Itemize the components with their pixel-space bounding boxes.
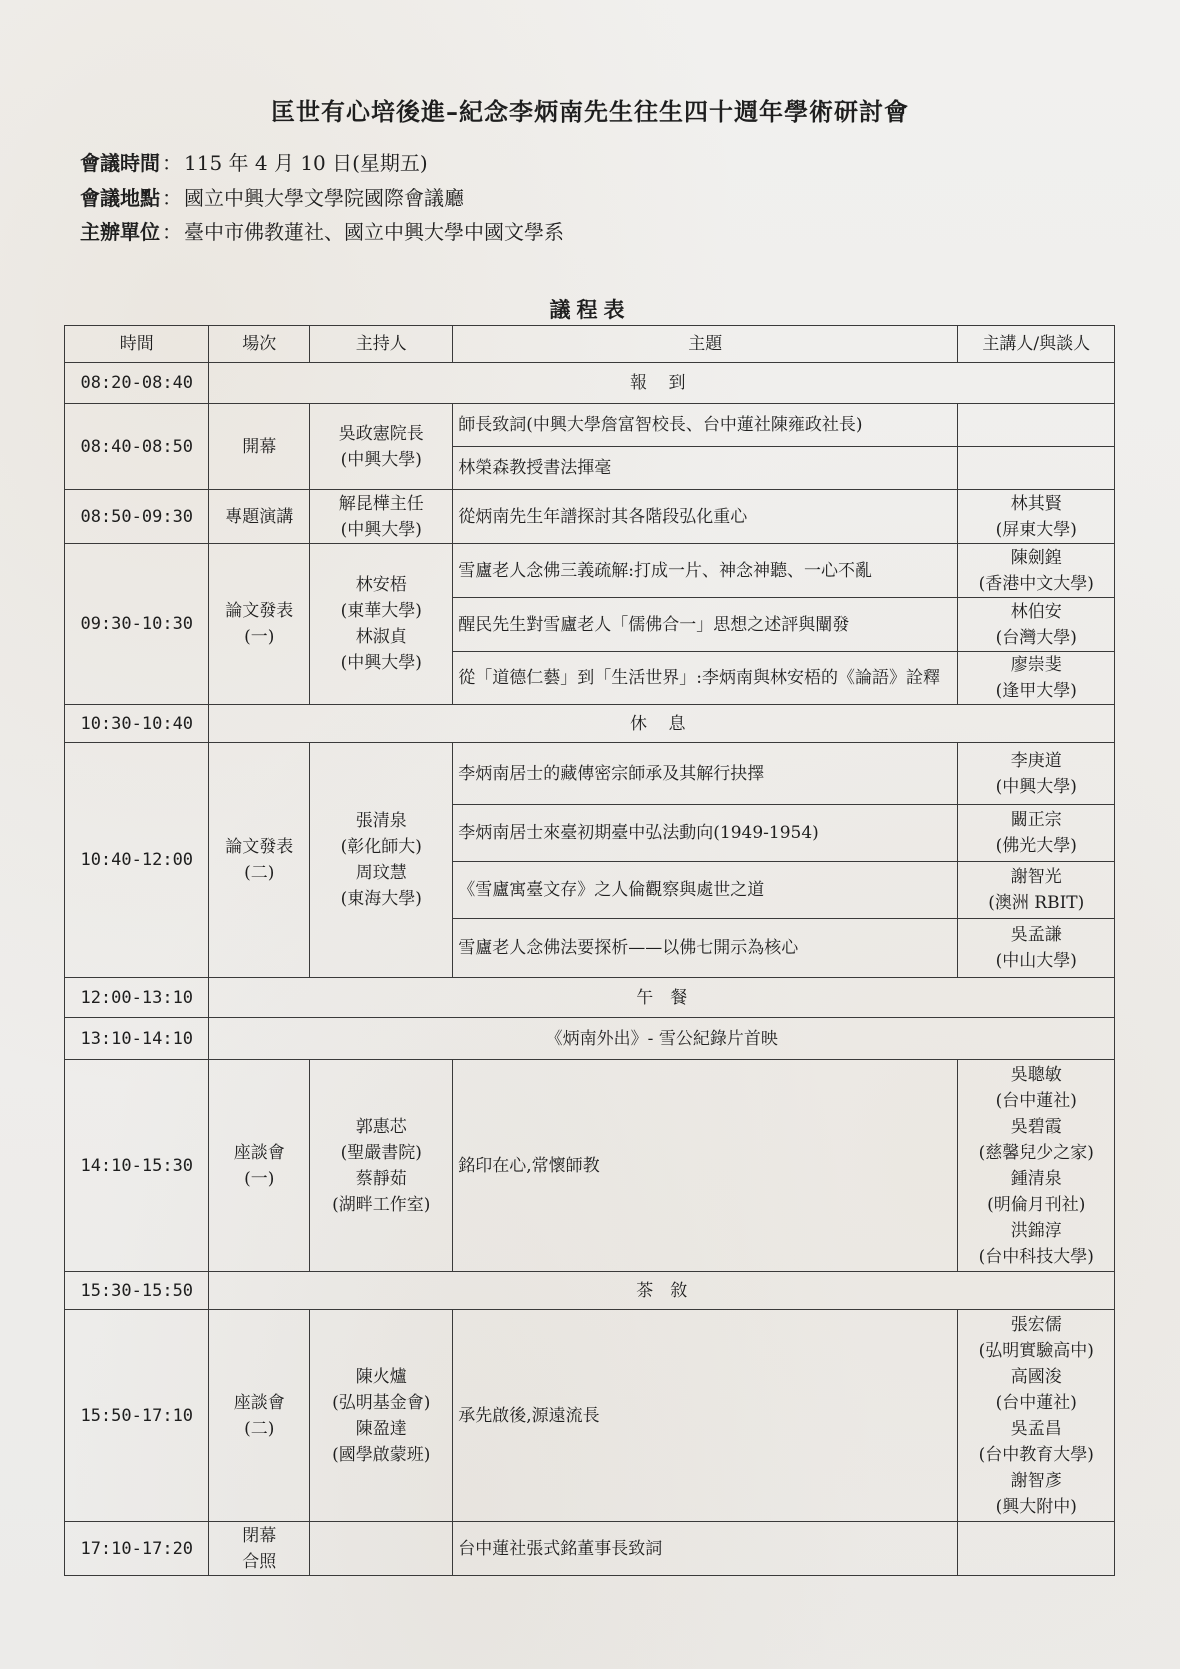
speaker-name: 李庚道 [1011,748,1062,774]
host-affiliation: (中興大學) [341,650,422,676]
session-number: (二) [244,860,274,886]
time-cell: 08:20-08:40 [64,362,209,404]
host-name: 陳火爐 [356,1364,407,1390]
speaker-name: 林伯安 [1011,599,1062,625]
topic-cell: 林榮森教授書法揮毫 [452,446,958,490]
speaker-name: 鍾清泉 [1011,1166,1062,1192]
speaker-name: 陳劍鍠 [1011,545,1062,571]
speaker-affiliation: (台中科技大學) [979,1244,1094,1270]
host-cell: 吳政憲院長(中興大學) [309,403,453,490]
speaker-affiliation: (興大附中) [996,1494,1077,1520]
speaker-cell: 吳聰敏 (台中蓮社) 吳碧霞 (慈馨兒少之家) 鍾清泉 (明倫月刊社) 洪錦淳 … [957,1059,1115,1272]
session-label: 座談會 [234,1390,285,1416]
topic-cell: 從炳南先生年譜探討其各階段弘化重心 [452,489,958,544]
lunch-cell: 午 餐 [208,977,1115,1018]
host-affiliation: (湖畔工作室) [332,1192,430,1218]
info-meeting-time: 會議時間：115 年 4 月 10 日(星期五) [80,148,428,178]
session-label: 座談會 [234,1140,285,1166]
header-label: 時間 [120,331,154,357]
speaker-name: 吳碧霞 [1011,1114,1062,1140]
header-label: 主題 [688,331,722,357]
speaker-name: 高國浚 [1011,1364,1062,1390]
host-affiliation: (聖嚴書院) [341,1140,422,1166]
topic-cell: 李炳南居士來臺初期臺中弘法動向(1949-1954) [452,804,958,862]
tea-break-cell: 茶 敘 [208,1271,1115,1310]
speaker-affiliation: (佛光大學) [996,833,1077,859]
speaker-cell: 陳劍鍠(香港中文大學) [957,543,1115,598]
info-separator: ： [162,151,182,175]
document-title: 匡世有心培後進–紀念李炳南先生往生四十週年學術研討會 [0,92,1180,127]
speaker-name: 洪錦淳 [1011,1218,1062,1244]
speaker-cell [957,1521,1115,1576]
host-affiliation: (中興大學) [341,447,422,473]
topic-cell: 師長致詞(中興大學詹富智校長、台中蓮社陳雍政社長) [452,403,958,447]
session-label: 閉幕 [242,1523,276,1549]
host-name: 蔡靜茹 [356,1166,407,1192]
session-cell: 專題演講 [208,489,310,544]
session-cell: 閉幕合照 [208,1521,310,1576]
time-cell: 12:00-13:10 [64,977,209,1018]
speaker-affiliation: (屏東大學) [996,517,1077,543]
speaker-cell: 謝智光(澳洲 RBIT) [957,861,1115,919]
speaker-affiliation: (中興大學) [996,774,1077,800]
info-label: 會議地點 [80,186,160,210]
info-label: 主辦單位 [80,220,160,244]
topic-cell: 李炳南居士的藏傳密宗師承及其解行抉擇 [452,742,958,805]
speaker-cell [957,403,1115,447]
host-name: 林安梧 [356,572,407,598]
time-cell: 17:10-17:20 [64,1521,209,1576]
speaker-cell: 廖崇斐(逢甲大學) [957,651,1115,705]
info-separator: ： [162,186,182,210]
time-cell: 15:30-15:50 [64,1271,209,1310]
speaker-cell [957,446,1115,490]
info-value: 115 年 4 月 10 日(星期五) [184,151,428,175]
speaker-name: 謝智彥 [1011,1468,1062,1494]
header-time: 時間 [64,325,209,363]
session-cell: 座談會(二) [208,1309,310,1522]
speaker-name: 謝智光 [1011,864,1062,890]
info-meeting-location: 會議地點：國立中興大學文學院國際會議廳 [80,183,464,213]
speaker-affiliation: (台中教育大學) [979,1442,1094,1468]
session-label: 論文發表 [225,834,293,860]
header-topic: 主題 [452,325,958,363]
header-speaker: 主講人/與談人 [957,325,1115,363]
session-number: (一) [244,624,274,650]
host-name: 陳盈達 [356,1416,407,1442]
topic-cell: 銘印在心,常懷師教 [452,1059,958,1272]
info-separator: ： [162,220,182,244]
session-cell: 論文發表(二) [208,742,310,978]
speaker-name: 吳聰敏 [1011,1062,1062,1088]
speaker-affiliation: (逢甲大學) [996,678,1077,704]
time-cell: 15:50-17:10 [64,1309,209,1522]
info-organizer: 主辦單位：臺中市佛教蓮社、國立中興大學中國文學系 [80,217,564,247]
header-label: 場次 [242,331,276,357]
header-label: 主持人 [356,331,407,357]
host-name: 周玟慧 [356,860,407,886]
host-affiliation: (東華大學) [341,598,422,624]
agenda-title: 議程表 [0,294,1180,324]
speaker-affiliation: (澳洲 RBIT) [988,890,1084,916]
time-cell: 14:10-15:30 [64,1059,209,1272]
session-cell: 座談會(一) [208,1059,310,1272]
host-name: 林淑貞 [356,624,407,650]
speaker-affiliation: (香港中文大學) [979,571,1094,597]
topic-cell: 承先啟後,源遠流長 [452,1309,958,1522]
host-cell: 郭惠芯 (聖嚴書院) 蔡靜茹 (湖畔工作室) [309,1059,453,1272]
host-affiliation: (東海大學) [341,886,422,912]
topic-cell: 醒民先生對雪廬老人「儒佛合一」思想之述評與闡發 [452,597,958,652]
info-value: 國立中興大學文學院國際會議廳 [184,186,464,210]
host-cell [309,1521,453,1576]
speaker-affiliation: (慈馨兒少之家) [979,1140,1094,1166]
host-cell: 林安梧 (東華大學) 林淑貞 (中興大學) [309,543,453,705]
speaker-affiliation: (台灣大學) [996,625,1077,651]
host-name: 張清泉 [356,808,407,834]
info-value: 臺中市佛教蓮社、國立中興大學中國文學系 [184,220,564,244]
time-cell: 08:50-09:30 [64,489,209,544]
session-cell: 論文發表(一) [208,543,310,705]
host-name: 吳政憲院長 [339,421,424,447]
speaker-cell: 林伯安(台灣大學) [957,597,1115,652]
time-cell: 13:10-14:10 [64,1017,209,1060]
speaker-name: 吳孟謙 [1011,922,1062,948]
host-affiliation: (國學啟蒙班) [332,1442,430,1468]
speaker-affiliation: (中山大學) [996,948,1077,974]
header-session: 場次 [208,325,310,363]
speaker-name: 張宏儒 [1011,1312,1062,1338]
session-cell: 開幕 [208,403,310,490]
film-premiere-cell: 《炳南外出》- 雪公紀錄片首映 [208,1017,1115,1060]
topic-cell: 從「道德仁藝」到「生活世界」:李炳南與林安梧的《論語》詮釋 [452,651,958,705]
topic-cell: 台中蓮社張式銘董事長致詞 [452,1521,958,1576]
break-cell: 休 息 [208,704,1115,743]
time-cell: 10:40-12:00 [64,742,209,978]
speaker-cell: 李庚道(中興大學) [957,742,1115,805]
speaker-name: 闞正宗 [1011,807,1062,833]
speaker-affiliation: (台中蓮社) [996,1390,1077,1416]
info-label: 會議時間 [80,151,160,175]
speaker-name: 廖崇斐 [1011,652,1062,678]
speaker-affiliation: (弘明實驗高中) [979,1338,1094,1364]
speaker-name: 林其賢 [1011,491,1062,517]
speaker-affiliation: (明倫月刊社) [987,1192,1085,1218]
session-number: (二) [244,1416,274,1442]
topic-cell: 《雪廬寓臺文存》之人倫觀察與處世之道 [452,861,958,919]
session-label: 合照 [242,1549,276,1575]
speaker-cell: 張宏儒 (弘明實驗高中) 高國浚 (台中蓮社) 吳孟昌 (台中教育大學) 謝智彥… [957,1309,1115,1522]
time-cell: 08:40-08:50 [64,403,209,490]
session-label: 論文發表 [225,598,293,624]
time-cell: 09:30-10:30 [64,543,209,705]
topic-text: 從「道德仁藝」到「生活世界」:李炳南與林安梧的《論語》詮釋 [458,665,940,691]
speaker-affiliation: (台中蓮社) [996,1088,1077,1114]
speaker-cell: 吳孟謙(中山大學) [957,918,1115,978]
registration-cell: 報 到 [208,362,1115,404]
host-affiliation: (彰化師大) [341,834,422,860]
session-number: (一) [244,1166,274,1192]
header-label: 主講人/與談人 [982,331,1090,357]
speaker-name: 吳孟昌 [1011,1416,1062,1442]
agenda-table: 時間 場次 主持人 主題 主講人/與談人 08:20-08:40 報 到 08:… [65,326,1115,1576]
time-cell: 10:30-10:40 [64,704,209,743]
host-cell: 陳火爐 (弘明基金會) 陳盈達 (國學啟蒙班) [309,1309,453,1522]
host-cell: 張清泉 (彰化師大) 周玟慧 (東海大學) [309,742,453,978]
host-cell: 解昆樺主任(中興大學) [309,489,453,544]
host-affiliation: (弘明基金會) [332,1390,430,1416]
topic-cell: 雪廬老人念佛三義疏解:打成一片、神念神聽、一心不亂 [452,543,958,598]
topic-cell: 雪廬老人念佛法要探析——以佛七開示為核心 [452,918,958,978]
speaker-cell: 林其賢(屏東大學) [957,489,1115,544]
speaker-cell: 闞正宗(佛光大學) [957,804,1115,862]
header-host: 主持人 [309,325,453,363]
host-name: 解昆樺主任 [339,491,424,517]
host-name: 郭惠芯 [356,1114,407,1140]
host-affiliation: (中興大學) [341,517,422,543]
